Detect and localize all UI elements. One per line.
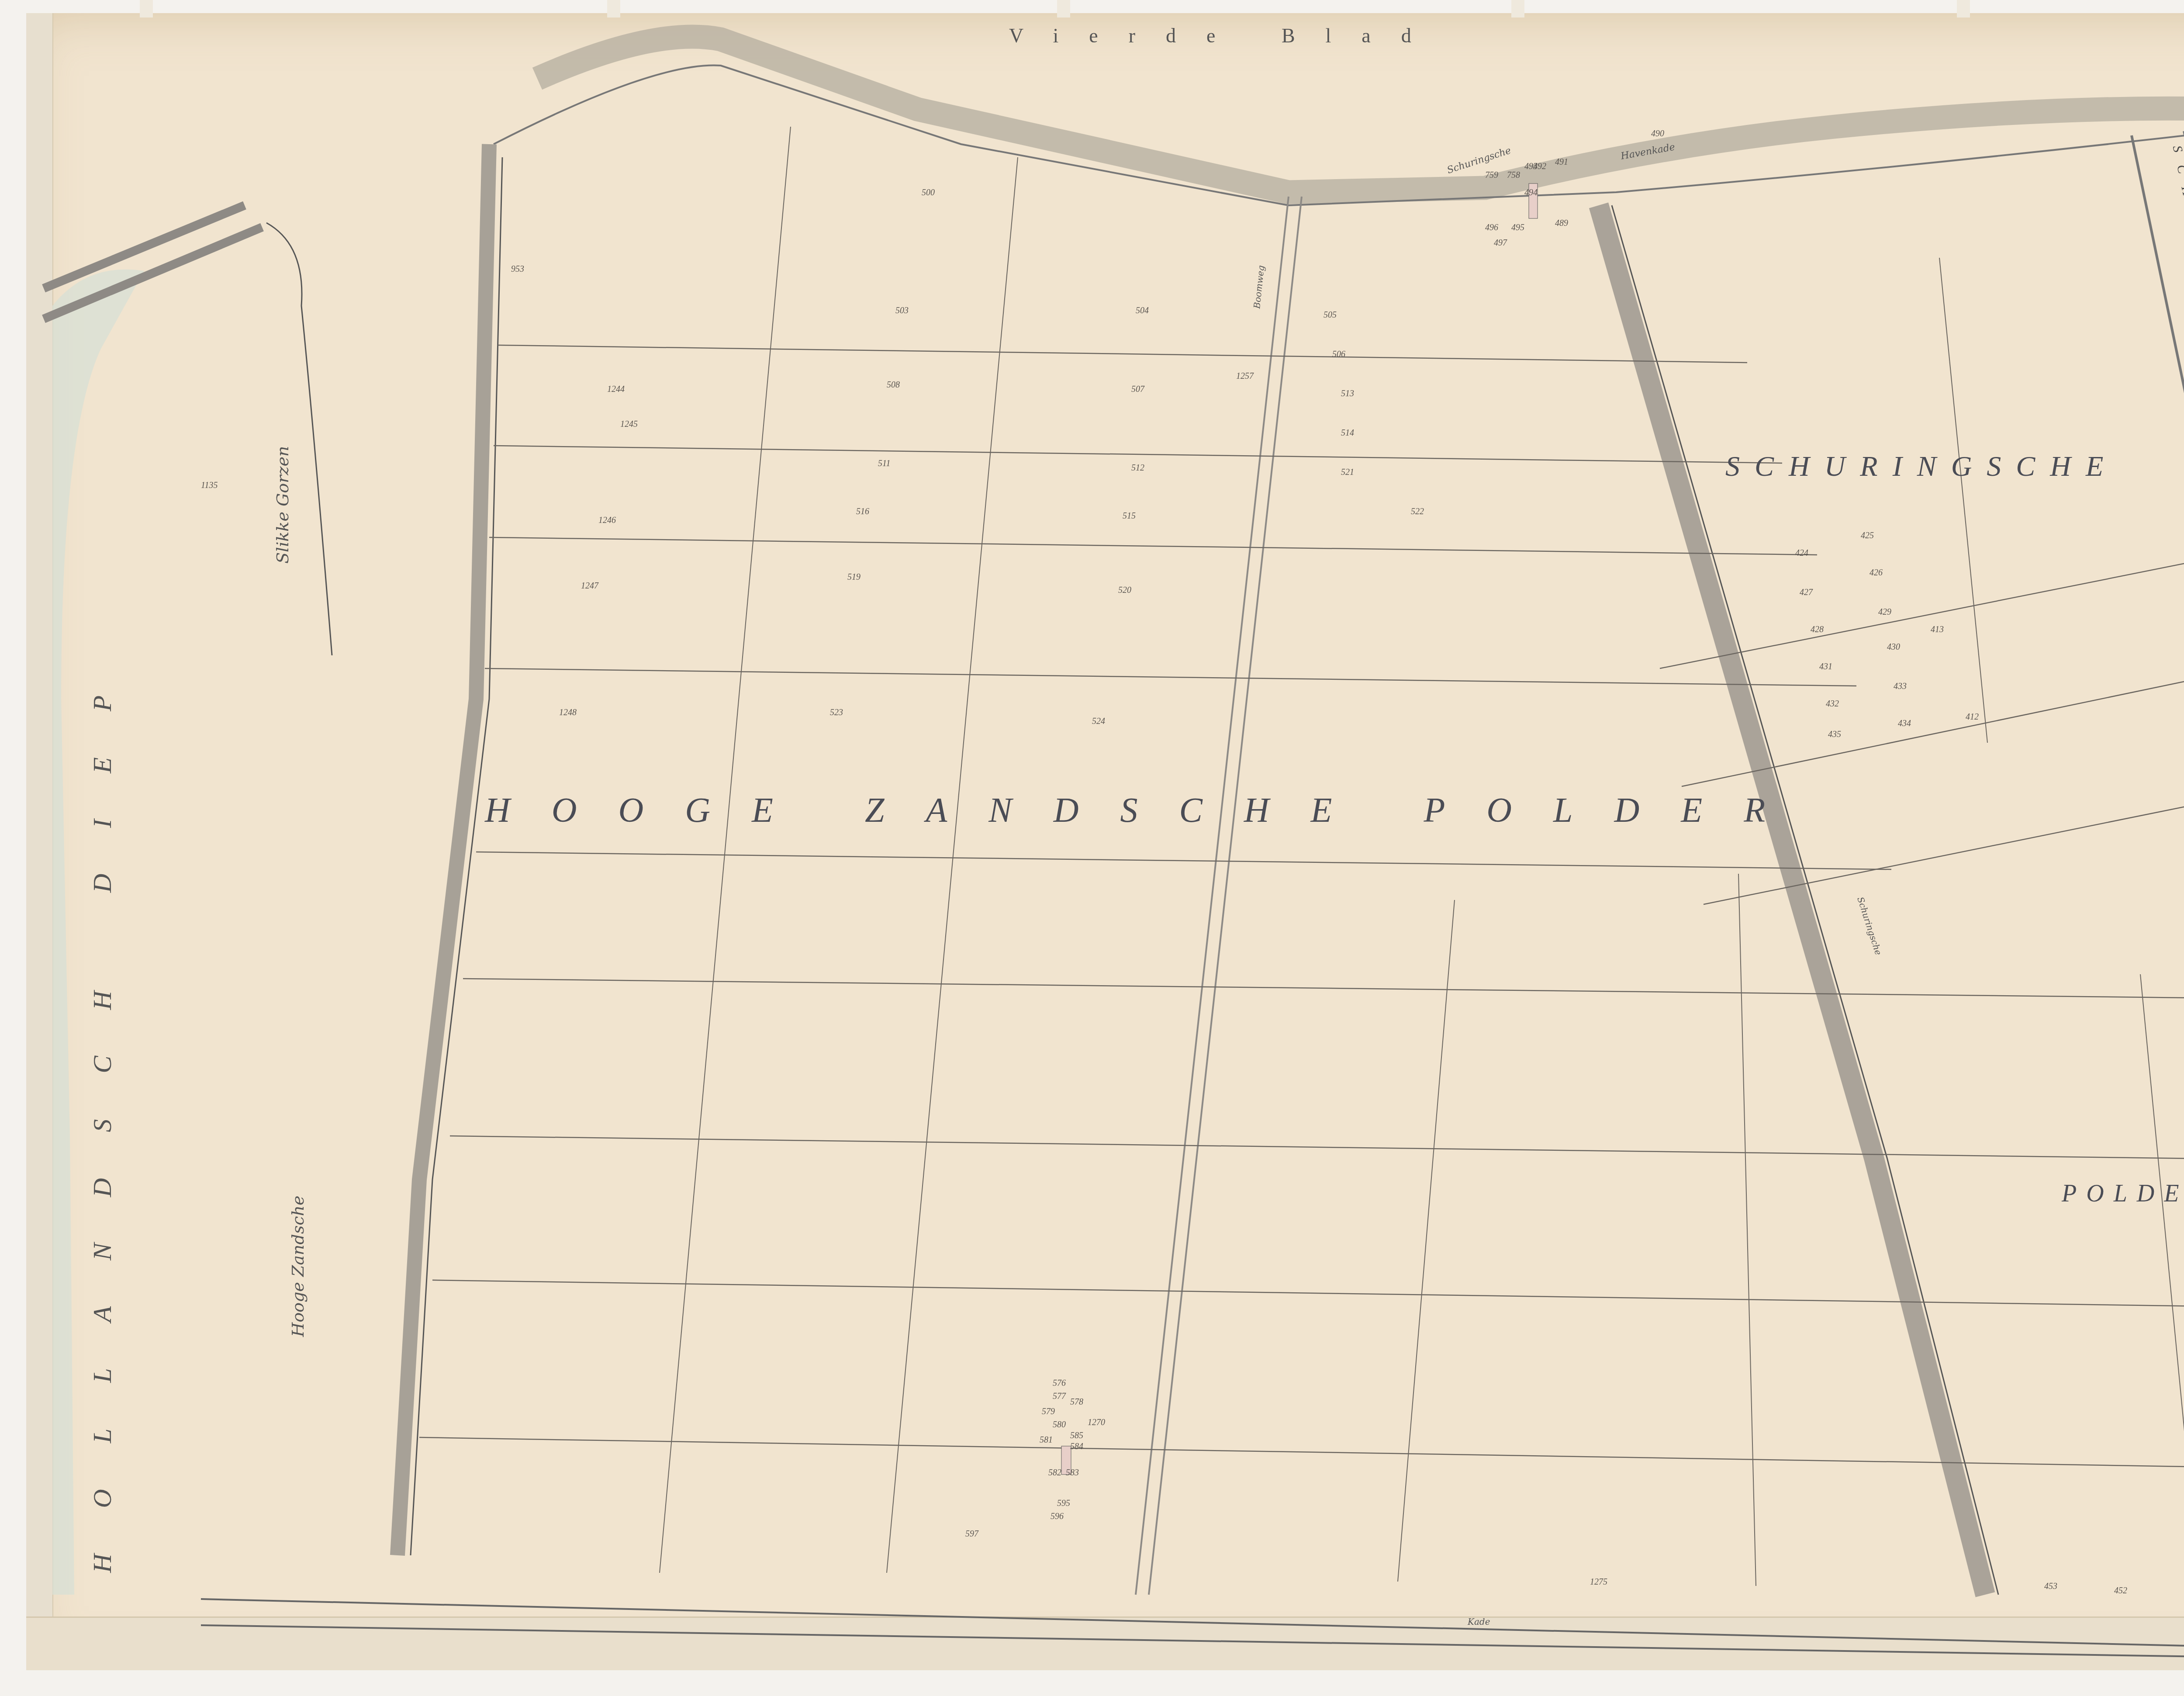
parcel-number: 1244 xyxy=(607,384,625,395)
parcel-number: 524 xyxy=(1092,716,1105,727)
parcel-number: 434 xyxy=(1898,719,1911,729)
parcel-number: 413 xyxy=(1931,625,1944,635)
parcel-number: 435 xyxy=(1828,730,1841,740)
parcel-number: 523 xyxy=(830,708,843,718)
region-label-polder: POLDER xyxy=(2062,1180,2184,1208)
parcel-number: 583 xyxy=(1066,1468,1079,1478)
parcel-number: 430 xyxy=(1887,642,1900,652)
parcel-number: 579 xyxy=(1042,1407,1055,1417)
parcel-number: 494 xyxy=(1524,188,1538,198)
parcel-number: 521 xyxy=(1341,467,1354,478)
parcel-number: 491 xyxy=(1555,157,1568,167)
parcel-number: 513 xyxy=(1341,389,1354,399)
parcel-number: 500 xyxy=(922,188,935,198)
parcel-number: 508 xyxy=(887,380,900,390)
parcel-number: 584 xyxy=(1070,1442,1083,1452)
parcel-number: 452 xyxy=(2114,1586,2127,1596)
parcel-number: 759 xyxy=(1485,170,1498,180)
parcel-number: 490 xyxy=(1651,129,1664,139)
adjacent-sheet-label: Vierde Blad xyxy=(1009,24,1442,47)
parcel-number: 522 xyxy=(1411,507,1424,517)
parcel-number: 578 xyxy=(1070,1397,1083,1407)
parcel-number: 1135 xyxy=(201,481,218,491)
parcel-number: 432 xyxy=(1826,699,1839,709)
parcel-number: 504 xyxy=(1136,306,1149,316)
parcel-number: 1270 xyxy=(1088,1418,1105,1428)
water-label-hollandsch-diep: HOLLANDSCH DIEP xyxy=(87,650,117,1573)
parcel-number: 492 xyxy=(1533,162,1546,172)
parcel-number: 495 xyxy=(1511,223,1524,233)
parcel-number: 425 xyxy=(1861,531,1874,541)
parcel-number: 497 xyxy=(1494,238,1507,248)
parcel-number: 424 xyxy=(1795,548,1808,558)
parcel-number: 577 xyxy=(1053,1391,1066,1402)
label-slikke-gorzen: Slikke Gorzen xyxy=(273,446,292,564)
parcel-number: 514 xyxy=(1341,428,1354,438)
parcel-number: 503 xyxy=(895,306,909,316)
road-label-kade: Kade xyxy=(1468,1616,1490,1627)
parcel-number: 433 xyxy=(1894,682,1907,692)
parcel-number: 1246 xyxy=(598,516,616,526)
parcel-number: 427 xyxy=(1800,588,1813,598)
parcel-number: 580 xyxy=(1053,1420,1066,1430)
parcel-number: 1257 xyxy=(1236,371,1254,381)
parcel-number: 1275 xyxy=(1590,1577,1607,1587)
parcel-number: 431 xyxy=(1819,662,1832,672)
region-label-schuringsche: SCHURINGSCHE xyxy=(1725,450,2118,483)
parcel-number: 1248 xyxy=(559,708,577,718)
region-label-hooge-zandsche-polder: HOOGE ZANDSCHE POLDER xyxy=(485,791,1807,831)
parcel-number: 595 xyxy=(1057,1499,1070,1509)
parcel-number: 516 xyxy=(856,507,869,517)
parcel-number: 507 xyxy=(1131,384,1144,395)
parcel-number: 597 xyxy=(965,1529,978,1539)
parcel-number: 429 xyxy=(1878,607,1891,617)
parcel-number: 489 xyxy=(1555,218,1568,228)
parcel-number: 1245 xyxy=(620,419,638,429)
parcel-number: 576 xyxy=(1053,1378,1066,1388)
parcel-number: 515 xyxy=(1123,511,1136,521)
parcel-number: 426 xyxy=(1870,568,1883,578)
parcel-number: 596 xyxy=(1051,1512,1064,1522)
parcel-number: 506 xyxy=(1332,350,1345,360)
parcel-number: 953 xyxy=(511,264,524,274)
parcel-number: 1247 xyxy=(581,581,598,591)
parcel-number: 758 xyxy=(1507,170,1520,180)
parcel-number: 511 xyxy=(878,459,891,469)
parcel-number: 505 xyxy=(1324,310,1337,320)
map-drawing xyxy=(0,0,2184,1696)
parcel-number: 453 xyxy=(2044,1582,2057,1592)
parcel-number: 512 xyxy=(1131,463,1144,473)
parcel-number: 582 xyxy=(1048,1468,1061,1478)
parcel-number: 581 xyxy=(1040,1435,1053,1445)
parcel-number: 496 xyxy=(1485,223,1498,233)
parcel-number: 428 xyxy=(1811,625,1824,635)
parcel-number: 412 xyxy=(1966,712,1979,722)
label-hooge-zandsche: Hooge Zandsche xyxy=(288,1196,308,1337)
parcel-number: 520 xyxy=(1118,585,1131,595)
parcel-number: 585 xyxy=(1070,1431,1083,1441)
parcel-number: 519 xyxy=(847,572,860,582)
